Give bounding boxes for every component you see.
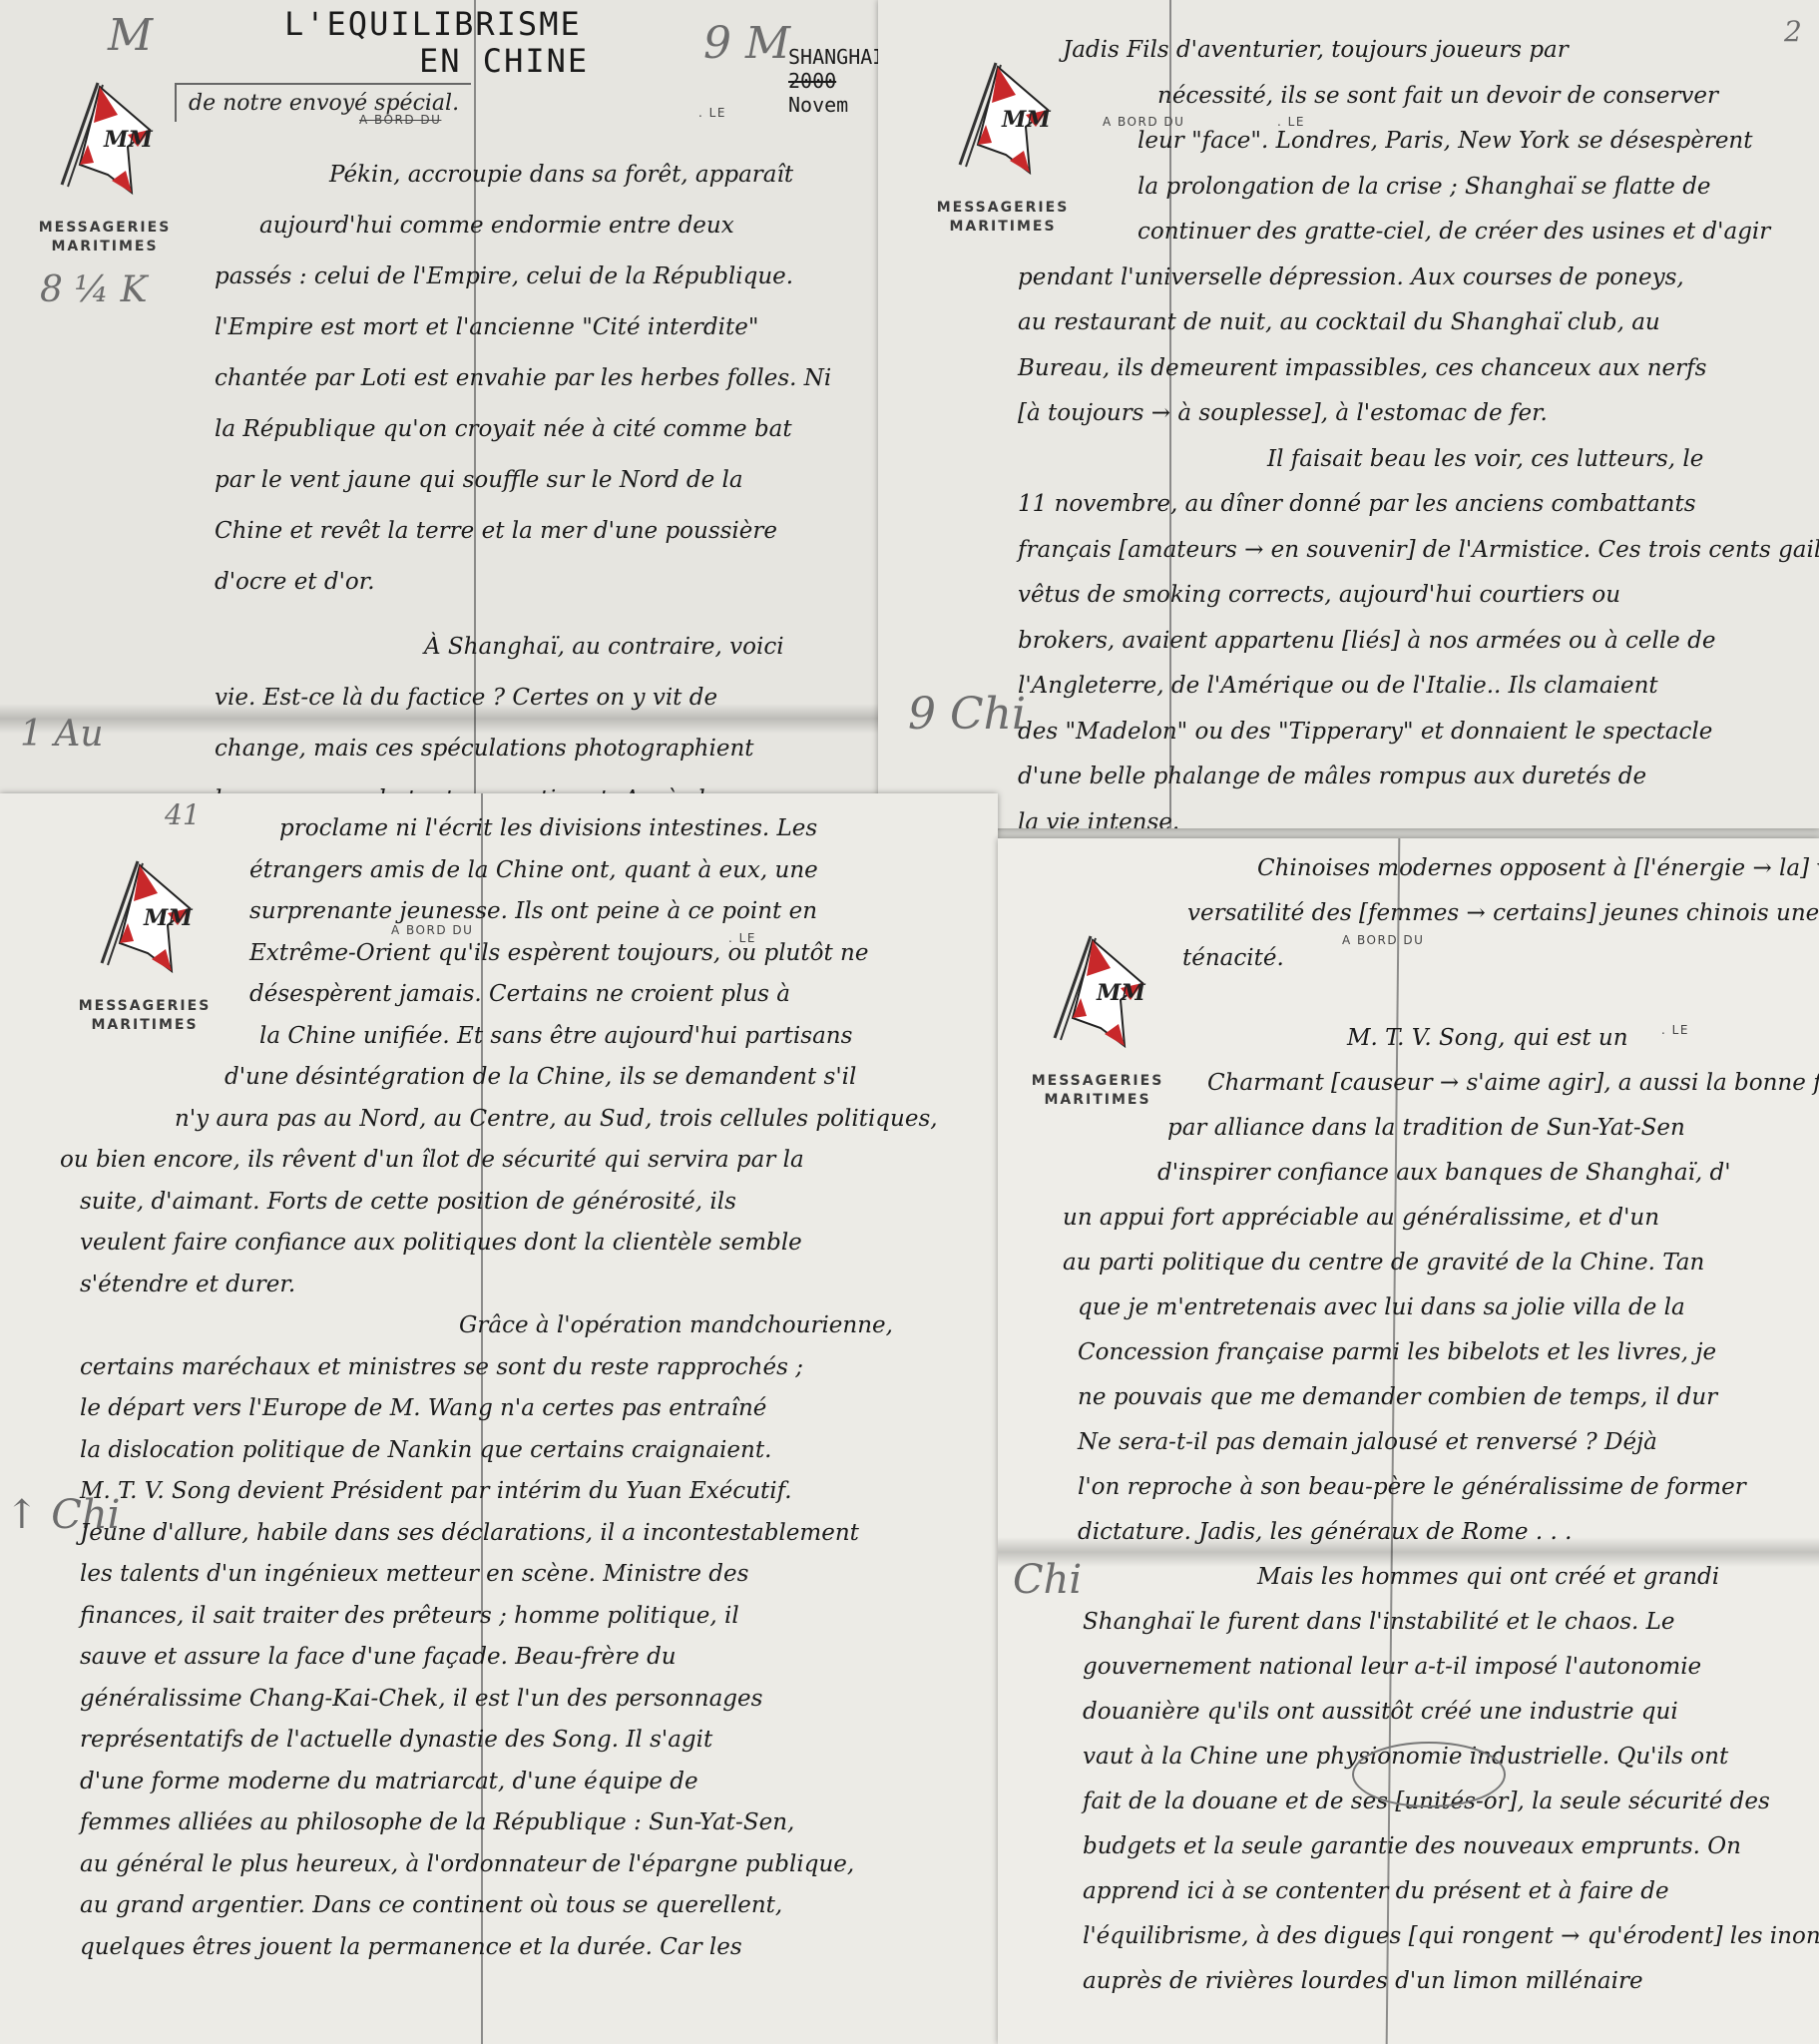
a-bord-du-label: A BORD DU: [359, 113, 441, 127]
letter-page-4: Chi MM MESSAGERIES MARITIMES A BORD DU .…: [998, 838, 1819, 2044]
dateline-struck: 2000: [788, 69, 884, 93]
pencil-circle-mark: [1352, 1742, 1506, 1807]
pencil-annotation: M: [108, 10, 153, 61]
letter-body: Pékin, accroupie dans sa forêt, apparaît…: [215, 150, 831, 798]
letterhead-logo: MM MESSAGERIES MARITIMES: [30, 75, 180, 256]
dateline-city: SHANGHAI: [788, 45, 884, 69]
pencil-annotation: 9 M: [703, 18, 790, 69]
dateline-month: Novem: [788, 93, 884, 117]
pencil-annotation: 1 Au: [20, 714, 104, 755]
letter-body: Jadis Fils d'aventurier, toujours joueur…: [1018, 28, 1819, 828]
letter-body: Chinoises modernes opposent à [l'énergie…: [1028, 846, 1819, 2004]
letter-body: proclame ni l'écrit les divisions intest…: [80, 808, 938, 1968]
le-label: . LE: [698, 106, 726, 120]
company-name: MESSAGERIES MARITIMES: [30, 219, 180, 256]
article-title-line-1: L'EQUILIBRISME: [284, 5, 582, 43]
mm-flag-icon: MM: [50, 75, 160, 205]
letter-page-2: 2 9 Chi MM MESSAGERIES MARITIMES A BORD …: [878, 0, 1819, 828]
article-title-line-2: EN CHINE: [419, 42, 589, 80]
svg-text:MM: MM: [103, 127, 153, 153]
letter-page-1: M 9 M 8 ¼ K 1 Au L'EQUILIBRISME EN CHINE…: [0, 0, 903, 798]
letter-page-3: 41 ↑ Chi MM MESSAGERIES MARITIMES A BORD…: [0, 793, 998, 2044]
pencil-annotation: 9 Chi: [908, 689, 1026, 740]
dateline: SHANGHAI 2000 Novem: [788, 45, 884, 117]
pencil-annotation: 8 ¼ K: [40, 269, 148, 310]
